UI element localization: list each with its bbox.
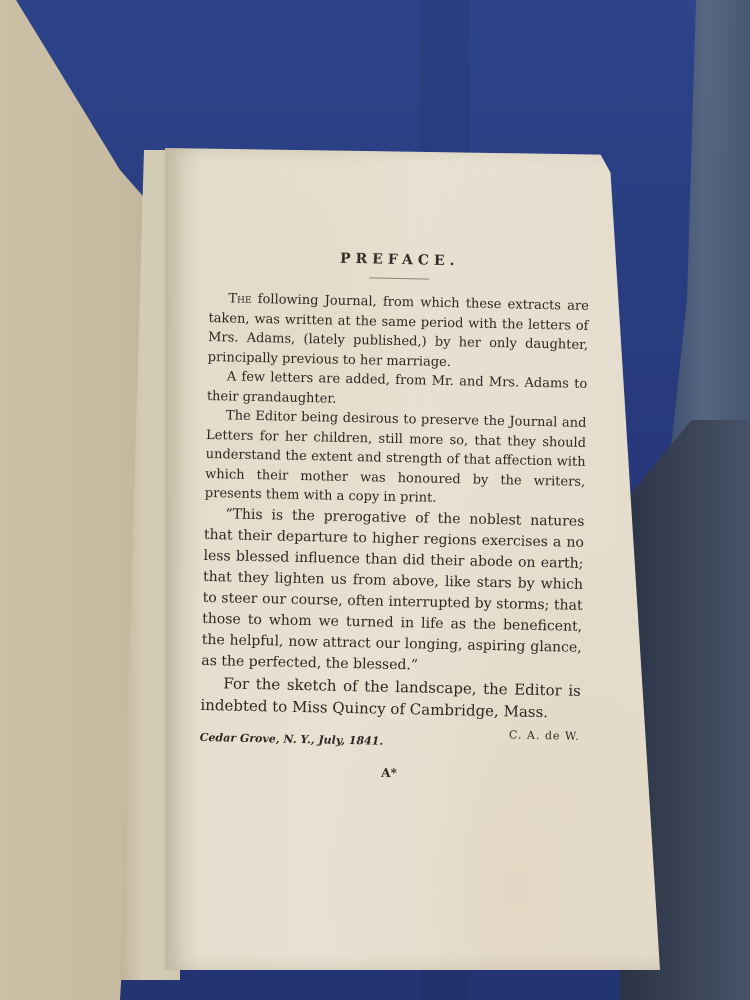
heading-rule <box>369 277 429 279</box>
paragraph-5: For the sketch of the landscape, the Edi… <box>200 671 581 723</box>
paragraph-3: The Editor being desirous to preserve th… <box>205 406 587 511</box>
quotation-paragraph: “This is the prerogative of the noblest … <box>201 503 584 679</box>
paragraph-1: The following Journal, from which these … <box>208 289 590 375</box>
lead-word: The <box>228 291 251 306</box>
paragraph-1-text: following Journal, from which these extr… <box>208 292 589 370</box>
page-text: PREFACE. The following Journal, from whi… <box>199 248 590 783</box>
